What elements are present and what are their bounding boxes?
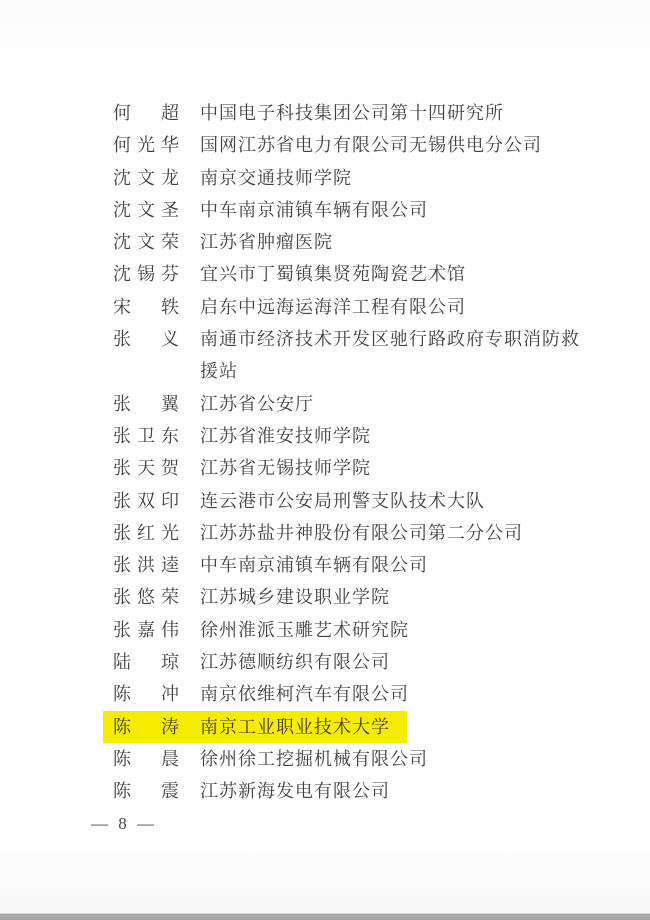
organization: 南京依维柯汽车有限公司 [200, 678, 409, 710]
person-name: 沈文龙 [113, 162, 179, 194]
organization: 南京工业职业技术大学 [200, 711, 390, 743]
organization: 中国电子科技集团公司第十四研究所 [200, 97, 504, 129]
table-row: 张嘉伟 徐州淮派玉雕艺术研究院 [113, 614, 409, 646]
organization: 江苏省公安厅 [200, 388, 314, 420]
table-row: 张双印 连云港市公安局刑警支队技术大队 [113, 485, 485, 517]
person-name: 沈锡芬 [113, 258, 179, 290]
table-row: 宋 轶 启东中远海运海洋工程有限公司 [113, 291, 466, 323]
table-row: 沈文圣 中车南京浦镇车辆有限公司 [113, 194, 428, 226]
table-row: 张红光 江苏苏盐井神股份有限公司第二分公司 [113, 517, 523, 549]
organization: 宜兴市丁蜀镇集贤苑陶瓷艺术馆 [200, 258, 466, 290]
person-name: 张双印 [113, 485, 179, 517]
person-name: 沈文荣 [113, 226, 179, 258]
table-row: 张天贺 江苏省无锡技师学院 [113, 452, 371, 484]
person-name: 张天贺 [113, 452, 179, 484]
name-org-list: 何 超 中国电子科技集团公司第十四研究所 何光华 国网江苏省电力有限公司无锡供电… [113, 97, 582, 808]
organization: 江苏省淮安技师学院 [200, 420, 371, 452]
document-page: 何 超 中国电子科技集团公司第十四研究所 何光华 国网江苏省电力有限公司无锡供电… [0, 0, 650, 920]
person-name: 陈 震 [113, 775, 179, 807]
organization: 南通市经济技术开发区驰行路政府专职消防救援站 [200, 323, 582, 388]
organization: 江苏德顺纺织有限公司 [200, 646, 390, 678]
table-row: 何光华 国网江苏省电力有限公司无锡供电分公司 [113, 129, 542, 161]
person-name: 宋 轶 [113, 291, 179, 323]
table-row: 沈文荣 江苏省肿瘤医院 [113, 226, 333, 258]
person-name: 沈文圣 [113, 194, 179, 226]
person-name: 张洪逵 [113, 549, 179, 581]
person-name: 张悠荣 [113, 581, 179, 613]
scan-edge [0, 913, 650, 920]
person-name: 陆 琼 [113, 646, 179, 678]
person-name: 张嘉伟 [113, 614, 179, 646]
table-row: 张 翼 江苏省公安厅 [113, 388, 314, 420]
organization: 江苏省肿瘤医院 [200, 226, 333, 258]
person-name: 张卫东 [113, 420, 179, 452]
organization: 徐州淮派玉雕艺术研究院 [200, 614, 409, 646]
table-row: 张卫东 江苏省淮安技师学院 [113, 420, 371, 452]
table-row: 陈 冲 南京依维柯汽车有限公司 [113, 678, 409, 710]
table-row: 陈 晨 徐州徐工挖掘机械有限公司 [113, 743, 428, 775]
organization: 江苏苏盐井神股份有限公司第二分公司 [200, 517, 523, 549]
table-row: 张 义 南通市经济技术开发区驰行路政府专职消防救援站 [113, 323, 582, 388]
table-row: 陈 震 江苏新海发电有限公司 [113, 775, 390, 807]
organization: 中车南京浦镇车辆有限公司 [200, 194, 428, 226]
person-name: 张 翼 [113, 388, 179, 420]
table-row: 陆 琼 江苏德顺纺织有限公司 [113, 646, 390, 678]
person-name: 张红光 [113, 517, 179, 549]
table-row: 张洪逵 中车南京浦镇车辆有限公司 [113, 549, 428, 581]
organization: 江苏省无锡技师学院 [200, 452, 371, 484]
person-name: 陈 晨 [113, 743, 179, 775]
organization: 徐州徐工挖掘机械有限公司 [200, 743, 428, 775]
person-name: 陈 涛 [113, 711, 179, 743]
organization: 中车南京浦镇车辆有限公司 [200, 549, 428, 581]
person-name: 张 义 [113, 323, 179, 388]
page-number: — 8 — [91, 814, 157, 834]
organization: 连云港市公安局刑警支队技术大队 [200, 485, 485, 517]
organization: 江苏城乡建设职业学院 [200, 581, 390, 613]
organization: 南京交通技师学院 [200, 162, 352, 194]
organization: 启东中远海运海洋工程有限公司 [200, 291, 466, 323]
table-row: 沈文龙 南京交通技师学院 [113, 162, 352, 194]
organization: 国网江苏省电力有限公司无锡供电分公司 [200, 129, 542, 161]
person-name: 陈 冲 [113, 678, 179, 710]
table-row-highlighted: 陈 涛 南京工业职业技术大学 [103, 711, 407, 743]
person-name: 何 超 [113, 97, 179, 129]
table-row: 张悠荣 江苏城乡建设职业学院 [113, 581, 390, 613]
table-row: 何 超 中国电子科技集团公司第十四研究所 [113, 97, 504, 129]
organization: 江苏新海发电有限公司 [200, 775, 390, 807]
table-row: 沈锡芬 宜兴市丁蜀镇集贤苑陶瓷艺术馆 [113, 258, 466, 290]
person-name: 何光华 [113, 129, 179, 161]
